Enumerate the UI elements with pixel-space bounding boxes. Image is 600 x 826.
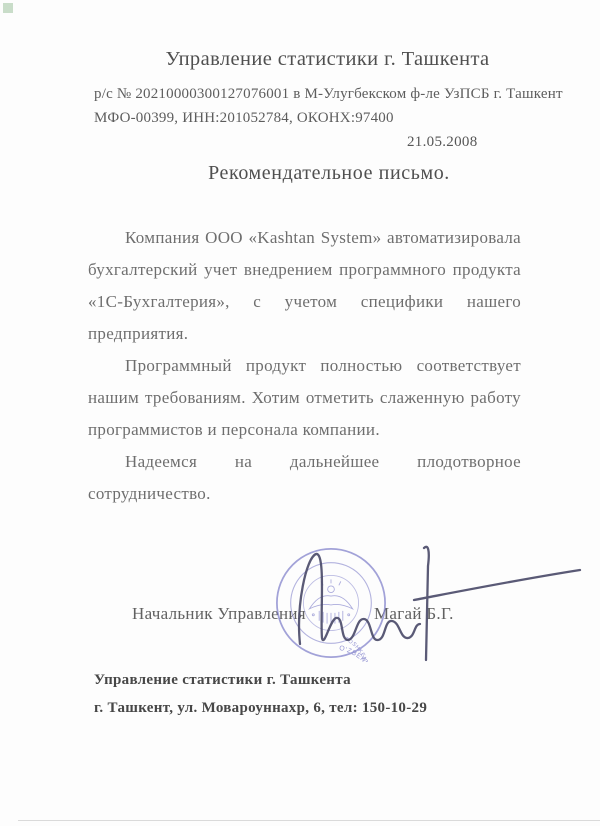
scan-corner-mark: [3, 3, 13, 13]
document-date: 21.05.2008: [407, 134, 478, 151]
header-org-name: Управление статистики г. Ташкента: [0, 48, 600, 71]
footer-org-name: Управление статистики г. Ташкента: [94, 672, 351, 689]
footer-address-line: г. Ташкент, ул. Мовароуннахр, 6, тел: 15…: [94, 700, 427, 717]
signature-tail-stroke: [414, 570, 580, 600]
letter-body-line: сотрудничество.: [88, 478, 521, 510]
handwritten-signature: [276, 536, 586, 668]
signature-main-stroke: [299, 554, 420, 644]
letter-body: Компания ООО «Kashtan System» автоматизи…: [88, 222, 521, 510]
letter-body-line: предприятия.: [88, 318, 521, 350]
letter-document: Управление статистики г. Ташкента р/с № …: [0, 0, 600, 826]
header-requisites-line: МФО-00399, ИНН:201052784, ОКОНХ:97400: [94, 110, 394, 127]
letter-body-line: Компания ООО «Kashtan System» автоматизи…: [88, 222, 521, 254]
letter-body-line: «1С-Бухгалтерия», с учетом специфики наш…: [88, 286, 521, 318]
letter-body-line: программистов и персонала компании.: [88, 414, 521, 446]
letter-title: Рекомендательное письмо.: [0, 162, 600, 185]
header-account-line: р/с № 20210000300127076001 в М-Улугбекск…: [94, 86, 563, 103]
letter-body-line: Программный продукт полностью соответств…: [88, 350, 521, 382]
scan-bottom-edge: [18, 820, 600, 821]
letter-body-line: бухгалтерский учет внедрением программно…: [88, 254, 521, 286]
signature-vertical-stroke: [424, 547, 429, 660]
letter-body-line: нашим требованиям. Хотим отметить слажен…: [88, 382, 521, 414]
letter-body-line: Надеемся на дальнейшее плодотворное: [88, 446, 521, 478]
